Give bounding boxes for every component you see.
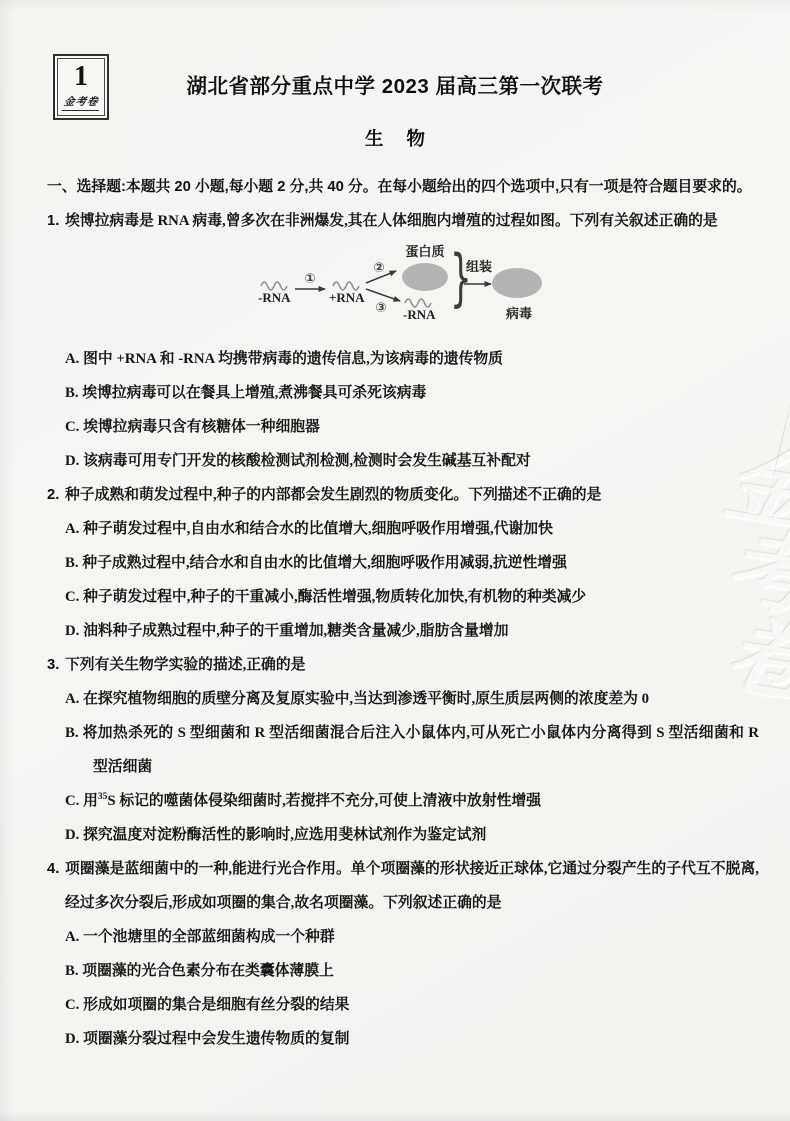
option: D. 探究温度对淀粉酶活性的影响时,应选用斐林试剂作为鉴定试剂 <box>65 818 759 852</box>
option: A. 图中 +RNA 和 -RNA 均携带病毒的遗传信息,为该病毒的遗传物质 <box>65 342 759 376</box>
option-text-pre: C. 用 <box>65 793 98 809</box>
question-stem: 2.种子成熟和萌发过程中,种子的内部都会发生剧烈的物质变化。下列描述不正确的是 <box>47 478 759 512</box>
circled-step-1: ① <box>304 271 315 287</box>
question-4: 4.项圈藻是蓝细菌中的一种,能进行光合作用。单个项圈藻的形状接近正球体,它通过分… <box>47 852 759 1056</box>
assemble-label: 组装 <box>466 259 492 274</box>
content: 一、选择题:本题共 20 小题,每小题 2 分,共 40 分。在每小题给出的四个… <box>47 170 759 1056</box>
option: D. 该病毒可用专门开发的核酸检测试剂检测,检测时会发生碱基互补配对 <box>65 444 759 478</box>
question-stem: 1.埃博拉病毒是 RNA 病毒,曾多次在非洲爆发,其在人体细胞内增殖的过程如图。… <box>47 204 759 238</box>
option: D. 油料种子成熟过程中,种子的干重增加,糖类含量减少,脂肪含量增加 <box>65 614 759 648</box>
question-number: 3. <box>47 648 65 682</box>
question-stem: 3.下列有关生物学实验的描述,正确的是 <box>47 648 759 682</box>
option: A. 一个池塘里的全部蓝细菌构成一个种群 <box>65 920 759 954</box>
option: C. 用35S 标记的噬菌体侵染细菌时,若搅拌不充分,可使上清液中放射性增强 <box>65 784 759 818</box>
protein-label: 蛋白质 <box>405 244 444 259</box>
option: A. 种子萌发过程中,自由水和结合水的比值增大,细胞呼吸作用增强,代谢加快 <box>65 512 759 546</box>
rna-wave-icon <box>333 282 359 290</box>
question-stem-text: 种子成熟和萌发过程中,种子的内部都会发生剧烈的物质变化。下列描述不正确的是 <box>65 487 601 503</box>
option: C. 种子萌发过程中,种子的干重减小,酶活性增强,物质转化加快,有机物的种类减少 <box>65 580 759 614</box>
virus-label: 病毒 <box>505 306 532 321</box>
scan-crease-line <box>766 384 790 509</box>
question-number: 1. <box>47 204 65 238</box>
question-stem-text: 项圈藻是蓝细菌中的一种,能进行光合作用。单个项圈藻的形状接近正球体,它通过分裂产… <box>65 861 759 911</box>
exam-page: 1 金考卷 金 考 卷 湖北省部分重点中学 2023 届高三第一次联考 生 物 … <box>0 0 790 1121</box>
brace-icon: } <box>450 242 472 314</box>
virus-replication-diagram: -RNA ① +RNA ② ③ 蛋白质 -RNA } <box>253 246 759 328</box>
question-2: 2.种子成熟和萌发过程中,种子的内部都会发生剧烈的物质变化。下列描述不正确的是 … <box>47 478 759 648</box>
options-list: A. 在探究植物细胞的质壁分离及复原实验中,当达到渗透平衡时,原生质层两侧的浓度… <box>65 682 759 852</box>
pos-rna-label: +RNA <box>329 290 365 305</box>
option: B. 将加热杀死的 S 型细菌和 R 型活细菌混合后注入小鼠体内,可从死亡小鼠体… <box>65 716 759 784</box>
circled-step-2: ② <box>373 260 384 276</box>
options-list: A. 图中 +RNA 和 -RNA 均携带病毒的遗传信息,为该病毒的遗传物质 B… <box>65 342 759 478</box>
option: B. 种子成熟过程中,结合水和自由水的比值增大,细胞呼吸作用减弱,抗逆性增强 <box>65 546 759 580</box>
rna-wave-icon <box>261 282 287 290</box>
options-list: A. 一个池塘里的全部蓝细菌构成一个种群 B. 项圈藻的光合色素分布在类囊体薄膜… <box>65 920 759 1056</box>
section-instructions: 一、选择题:本题共 20 小题,每小题 2 分,共 40 分。在每小题给出的四个… <box>47 170 759 204</box>
circled-step-3: ③ <box>375 300 386 316</box>
option: A. 在探究植物细胞的质壁分离及复原实验中,当达到渗透平衡时,原生质层两侧的浓度… <box>65 682 759 716</box>
option-text-post: S 标记的噬菌体侵染细菌时,若搅拌不充分,可使上清液中放射性增强 <box>107 793 541 809</box>
question-1: 1.埃博拉病毒是 RNA 病毒,曾多次在非洲爆发,其在人体细胞内增殖的过程如图。… <box>47 204 759 478</box>
option: B. 项圈藻的光合色素分布在类囊体薄膜上 <box>65 954 759 988</box>
question-stem-text: 下列有关生物学实验的描述,正确的是 <box>65 657 305 673</box>
option: B. 埃博拉病毒可以在餐具上增殖,煮沸餐具可杀死该病毒 <box>65 376 759 410</box>
option: C. 埃博拉病毒只含有核糖体一种细胞器 <box>65 410 759 444</box>
question-3: 3.下列有关生物学实验的描述,正确的是 A. 在探究植物细胞的质壁分离及复原实验… <box>47 648 759 852</box>
option: C. 形成如项圈的集合是细胞有丝分裂的结果 <box>65 988 759 1022</box>
rna-wave-icon <box>405 299 431 307</box>
options-list: A. 种子萌发过程中,自由水和结合水的比值增大,细胞呼吸作用增强,代谢加快 B.… <box>65 512 759 648</box>
subject-title: 生 物 <box>0 126 790 152</box>
question-stem-text: 埃博拉病毒是 RNA 病毒,曾多次在非洲爆发,其在人体细胞内增殖的过程如图。下列… <box>65 213 718 229</box>
svg-text:}: } <box>450 242 472 314</box>
virus-ellipse <box>492 268 542 298</box>
option: D. 项圈藻分裂过程中会发生遗传物质的复制 <box>65 1022 759 1056</box>
page-title: 湖北省部分重点中学 2023 届高三第一次联考 <box>0 72 790 102</box>
protein-ellipse <box>402 263 448 291</box>
isotope-superscript: 35 <box>98 792 108 802</box>
virus-replication-svg: -RNA ① +RNA ② ③ 蛋白质 -RNA } <box>253 246 563 328</box>
question-number: 2. <box>47 478 65 512</box>
neg-rna-left-label: -RNA <box>258 290 291 305</box>
question-stem: 4.项圈藻是蓝细菌中的一种,能进行光合作用。单个项圈藻的形状接近正球体,它通过分… <box>47 852 759 920</box>
question-number: 4. <box>47 852 65 886</box>
neg-rna-right-label: -RNA <box>403 307 436 322</box>
